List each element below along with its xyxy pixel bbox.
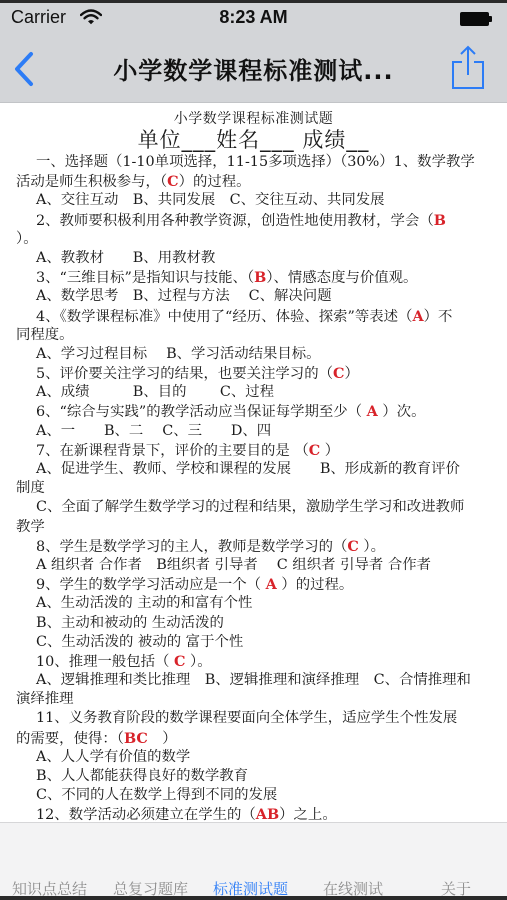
document-line: A、逻辑推理和类比推理 B、逻辑推理和演绎推理 C、合情推理和 (0, 671, 507, 690)
line-text: ）不 (424, 309, 453, 325)
document-line: 11、义务教育阶段的数学课程要面向全体学生，适应学生个性发展 (0, 709, 507, 728)
document-line: 5、评价要关注学习的结果，也要关注学习的（C） (0, 364, 507, 383)
line-text: ）的过程。 (277, 577, 354, 593)
answer-text: C (347, 538, 358, 555)
line-text: 3、“三维目标”是指知识与技能、（ (36, 270, 254, 286)
line-text: A 组织者 合作者 B组织者 引导者 C 组织者 引导者 合作者 (36, 557, 431, 573)
line-text: ）的过程。 (179, 174, 251, 190)
document-line: B、主动和被动的 生动活泼的 (0, 614, 507, 633)
document-line: 9、学生的数学学习活动应是一个（ A ）的过程。 (0, 575, 507, 594)
document-line: 2、教师要积极利用各种教学资源，创造性地使用教材，学会（B (0, 211, 507, 230)
line-text: B、人人都能获得良好的数学教育 (36, 768, 248, 784)
line-text: A、学习过程目标 B、学习活动结果目标。 (36, 346, 321, 362)
document-line: 8、学生是数学学习的主人，教师是数学学习的（C ）。 (0, 537, 507, 556)
document-line: 演绎推理 (0, 690, 507, 709)
share-icon (448, 45, 488, 91)
line-text: 10、推理一般包括（ (36, 654, 174, 670)
document-line: 7、在新课程背景下，评价的主要目的是 （C ） (0, 441, 507, 460)
line-text: ）次。 (378, 404, 426, 420)
document-line: 活动是师生积极参与，（C）的过程。 (0, 172, 507, 191)
line-text: C、不同的人在数学上得到不同的发展 (36, 787, 277, 803)
document-line: C、不同的人在数学上得到不同的发展 (0, 786, 507, 805)
document-line: A、促进学生、教师、学校和课程的发展 B、形成新的教育评价 (0, 460, 507, 479)
document-line: B、人人都能获得良好的数学教育 (0, 767, 507, 786)
line-text: A、生动活泼的 主动的和富有个性 (36, 595, 252, 611)
answer-text: B (254, 269, 266, 286)
document-line: A 组织者 合作者 B组织者 引导者 C 组织者 引导者 合作者 (0, 556, 507, 575)
line-text: 12、数学活动必须建立在学生的（ (36, 807, 256, 822)
line-text: 一、选择题（1-10单项选择，11-15多项选择）（30%）1、数学教学 (36, 154, 475, 170)
document-line: 同程度。 (0, 326, 507, 345)
navigation-bar: 小学数学课程标准测试... (0, 33, 507, 103)
document-line: A、一 B、二 C、三 D、四 (0, 422, 507, 441)
answer-text: A (367, 403, 378, 420)
tab-bar: 知识点总结 总复习题库 标准测试题 在线测试 关于 (0, 822, 507, 900)
back-button[interactable] (10, 51, 40, 87)
line-text: 同程度。 (16, 327, 74, 343)
chevron-left-icon (10, 51, 40, 87)
line-text: A、人人学有价值的数学 (36, 749, 190, 765)
top-bar: Carrier 8:23 AM 小学数学课程标准测试... (0, 0, 507, 103)
answer-text: C (167, 173, 178, 190)
answer-text: B (434, 212, 446, 229)
line-text: A、逻辑推理和类比推理 B、逻辑推理和演绎推理 C、合情推理和 (36, 672, 471, 688)
line-text: 9、学生的数学学习活动应是一个（ (36, 577, 266, 593)
line-text: ） (344, 366, 358, 382)
screen-edge (0, 896, 507, 900)
answer-text: BC (124, 730, 148, 747)
status-bar: Carrier 8:23 AM (0, 3, 507, 33)
line-text: 6、“综合与实践”的教学活动应当保证每学期至少（ (36, 404, 367, 420)
line-text: ）之上。 (279, 807, 337, 822)
line-text: A、教教材 B、用教材教 (36, 250, 215, 266)
answer-text: A (266, 576, 277, 593)
line-text: A、成绩 B、目的 C、过程 (36, 384, 274, 400)
document-line: 4、《数学课程标准》中使用了“经历、体验、探索”等表述（A）不 (0, 307, 507, 326)
line-text: A、数学思考 B、过程与方法 C、解决问题 (36, 288, 332, 304)
line-text: ）、情感态度与价值观。 (266, 270, 417, 286)
line-text: 演绎推理 (16, 691, 74, 707)
line-text: ）。 (185, 654, 211, 670)
line-text: 8、学生是数学学习的主人，教师是数学学习的（ (36, 539, 347, 555)
document-view[interactable]: 小学数学课程标准测试题 单位___姓名___ 成绩__ 一、选择题（1-10单项… (0, 104, 507, 822)
document-heading: 小学数学课程标准测试题 (0, 108, 507, 127)
document-line: C、全面了解学生数学学习的过程和结果，激励学生学习和改进教师 (0, 498, 507, 517)
document-line: 10、推理一般包括（ C ）。 (0, 652, 507, 671)
line-text: ） (320, 443, 339, 459)
document-line: A、交往互动 B、共同发展 C、交往互动、共同发展 (0, 191, 507, 210)
document-line: A、学习过程目标 B、学习活动结果目标。 (0, 345, 507, 364)
line-text: B、主动和被动的 生动活泼的 (36, 615, 224, 631)
clock: 8:23 AM (0, 7, 507, 28)
line-text: C、全面了解学生数学学习的过程和结果，激励学生学习和改进教师 (36, 499, 464, 515)
document-line: A、生动活泼的 主动的和富有个性 (0, 594, 507, 613)
line-text: 教学 (16, 519, 45, 535)
share-button[interactable] (448, 45, 488, 91)
answer-text: C (309, 442, 320, 459)
document-line: A、人人学有价值的数学 (0, 748, 507, 767)
line-text: 4、《数学课程标准》中使用了“经历、体验、探索”等表述（ (36, 309, 412, 325)
line-text: A、促进学生、教师、学校和课程的发展 B、形成新的教育评价 (36, 461, 460, 477)
answer-text: C (333, 365, 344, 382)
line-text: 2、教师要积极利用各种教学资源，创造性地使用教材，学会（ (36, 213, 434, 229)
line-text: 11、义务教育阶段的数学课程要面向全体学生，适应学生个性发展 (36, 710, 457, 726)
document-line: A、教教材 B、用教材教 (0, 249, 507, 268)
page-title: 小学数学课程标准测试... (60, 51, 447, 86)
document-line: C、生动活泼的 被动的 富于个性 (0, 633, 507, 652)
line-text: ）。 (359, 539, 385, 555)
line-text: A、交往互动 B、共同发展 C、交往互动、共同发展 (36, 192, 385, 208)
document-line: 的需要，使得：（BC ） (0, 729, 507, 748)
document-fields: 单位___姓名___ 成绩__ (0, 127, 507, 153)
document-line: A、成绩 B、目的 C、过程 (0, 383, 507, 402)
line-text: 活动是师生积极参与，（ (16, 174, 167, 190)
document-line: 12、数学活动必须建立在学生的（AB）之上。 (0, 805, 507, 822)
answer-text: AB (256, 806, 279, 822)
document-line: 一、选择题（1-10单项选择，11-15多项选择）（30%）1、数学教学 (0, 153, 507, 172)
line-text: ） (148, 731, 177, 747)
answer-text: A (412, 308, 423, 325)
document-line: 6、“综合与实践”的教学活动应当保证每学期至少（ A ）次。 (0, 402, 507, 421)
battery-full-icon (460, 12, 492, 26)
line-text: 7、在新课程背景下，评价的主要目的是 （ (36, 443, 309, 459)
line-text: 5、评价要关注学习的结果，也要关注学习的（ (36, 366, 333, 382)
line-text: A、一 B、二 C、三 D、四 (36, 423, 271, 439)
document-line: 制度 (0, 479, 507, 498)
answer-text: C (174, 653, 185, 670)
line-text: 的需要，使得：（ (16, 731, 124, 747)
document-line: 教学 (0, 518, 507, 537)
document-line: A、数学思考 B、过程与方法 C、解决问题 (0, 287, 507, 306)
line-text: ）。 (16, 231, 38, 247)
document-line: ）。 (0, 230, 507, 249)
line-text: 制度 (16, 480, 45, 496)
line-text: C、生动活泼的 被动的 富于个性 (36, 634, 243, 650)
document-line: 3、“三维目标”是指知识与技能、（B）、情感态度与价值观。 (0, 268, 507, 287)
document-body: 一、选择题（1-10单项选择，11-15多项选择）（30%）1、数学教学活动是师… (0, 153, 507, 822)
